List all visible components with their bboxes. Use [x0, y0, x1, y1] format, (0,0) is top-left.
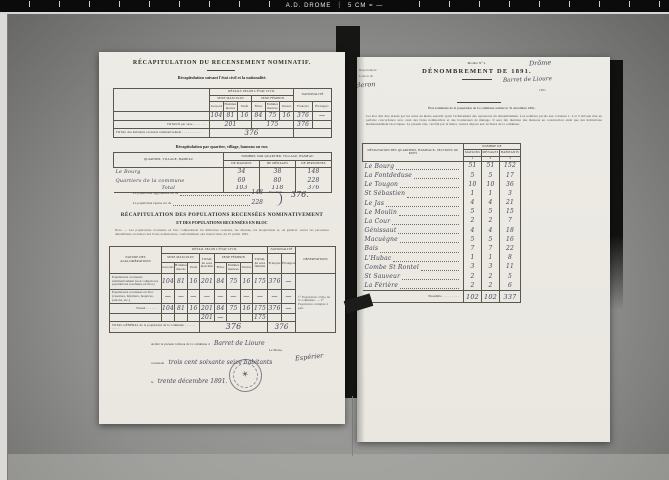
t1-blank-label [114, 89, 210, 112]
dotted-leader [396, 165, 459, 170]
t3-male-header: SEXE MASCULIN [162, 254, 200, 263]
t3-r3-c9: — [282, 304, 296, 314]
t3-male-total-header: TOTAL du sexe masculin [200, 254, 215, 274]
dotted-leader [180, 191, 249, 196]
quartier-row: Macuègne 5 5 16 [363, 235, 521, 244]
dotted-leader [402, 275, 459, 280]
stamp-star-icon: ✶ [229, 366, 262, 383]
ensemble-value: 376. [291, 190, 309, 199]
rt-r3-habitants: 3 [500, 189, 521, 198]
t1-total-french: 376 [294, 121, 313, 129]
t1-val-veufs: 16 [238, 112, 252, 121]
quartier-row: Le Moulin 5 5 15 [363, 208, 521, 217]
closing-commune: Barret de Lioure [214, 340, 265, 347]
t3-row2-label: Populations recensées en bloc (casernes,… [110, 290, 162, 304]
t1-val-femmes-mariees: 75 [266, 112, 280, 121]
rt-r4-menages: 4 [482, 199, 500, 208]
dotted-leader [392, 220, 459, 225]
t1-col-filles: Filles [252, 102, 266, 112]
left-document-page: RÉCAPITULATION DU RECENSEMENT NOMINATIF.… [99, 52, 345, 424]
rt-r13-habitants: 6 [500, 281, 521, 291]
t3-r1-c8: 376 [268, 274, 282, 290]
agglomeree-label: La population agglomérée est de [133, 192, 178, 196]
t1-grand-label: TOTAL des habitants recensés nominativem… [114, 129, 210, 138]
t1-col-garcons: Garçons [210, 102, 224, 112]
rt-r5-menages: 5 [482, 208, 500, 217]
t1-val-hommes-maries: 81 [224, 112, 238, 121]
t3-r1-c6: 16 [241, 274, 253, 290]
t2-group-header: NOMBRE, PAR QUARTIER, VILLAGE, HAMEAU [224, 153, 332, 161]
rt-r7-name: Génissaut [365, 227, 397, 234]
recap-quartier-table: QUARTIER, VILLAGE, HAMEAU NOMBRE, PAR QU… [113, 152, 332, 193]
t3-r4-b6 [282, 314, 296, 322]
rt-r12-habitants: 5 [500, 272, 521, 281]
rt-r5-name: Le Moulin [365, 209, 398, 216]
t1-col-francais: Français [294, 102, 313, 112]
rt-r10-name: L'Hubac [365, 255, 392, 262]
quartier-row: Le Bourg 51 51 152 [363, 161, 521, 171]
t3-r3-c7: 175 [253, 304, 268, 314]
t3-r2-c3: — [200, 290, 215, 304]
t3-r3-c1: 81 [175, 304, 188, 314]
quartier-row: Bais 7 7 22 [363, 244, 521, 253]
dotted-leader [380, 248, 459, 253]
dotted-leader [393, 257, 459, 262]
t2-row1-personnes: 148 [296, 168, 332, 177]
t3-r1-c1: 81 [175, 274, 188, 290]
t3-sub-veuves: Veuves [241, 263, 253, 274]
t1-detail-header: DÉTAILS SELON L'ÉTAT CIVIL [210, 89, 294, 96]
rt-r11-maisons: 3 [464, 263, 482, 272]
rt-total-maisons: 102 [464, 291, 482, 303]
t3-r4-b4 [241, 314, 253, 322]
t3-sub-veufs: Veufs [188, 263, 200, 274]
right-page-title: DÉNOMBREMENT DE 1891. [387, 68, 567, 75]
t3-r4-female-total: 175 [253, 314, 268, 322]
rt-r9-name: Bais [365, 245, 379, 252]
t2-row2-maisons: 69 [224, 177, 260, 186]
scan-bottom-band [0, 454, 669, 480]
t3-foreign-header: Étrangers [282, 254, 296, 274]
margin-departement-label: Département [359, 69, 377, 73]
archive-scan-viewer: A.D. DROME┆5 CM = — RÉCAPITULATION DU RE… [0, 0, 669, 480]
quartier-row: La Cour 2 2 7 [363, 217, 521, 226]
maire-label: Le Maire, [269, 349, 283, 353]
t3-r2-c4: — [215, 290, 227, 304]
t1-total-male: 201 [210, 121, 252, 129]
t3-observations-cell: 1° Population civile de la commune. — 2°… [296, 274, 336, 333]
t3-r3-c8: 376 [268, 304, 282, 314]
t3-r2-c5: — [227, 290, 241, 304]
t3-r4-blank-label [110, 314, 162, 322]
rt-r13-maisons: 2 [464, 281, 482, 291]
rt-name-header: DÉSIGNATION DES QUARTIERS, HAMEAUX, SECT… [363, 144, 464, 162]
left-page-title: RÉCAPITULATION DU RECENSEMENT NOMINATIF. [99, 60, 345, 67]
t2-row1-menages: 38 [260, 168, 296, 177]
rt-r11-name: Combe St Rontel [365, 264, 420, 271]
t3-r2-c9: — [282, 290, 296, 304]
t3-r1-c7: 175 [253, 274, 268, 290]
rt-r9-maisons: 7 [464, 244, 482, 253]
closing-date: trente décembre 1891. [158, 378, 228, 385]
t3-r1-c0: 104 [162, 274, 175, 290]
right-document-page: Modèle N° 2. DÉNOMBREMENT DE 1891. Drôme… [357, 57, 610, 442]
rt-r9-menages: 7 [482, 244, 500, 253]
t3-r1-c4: 84 [215, 274, 227, 290]
t3-r2-c8: — [268, 290, 282, 304]
t1-row-label-blank [114, 112, 210, 121]
t1-col-veuves: Veuves [280, 102, 294, 112]
title-flourish [207, 70, 235, 71]
t3-r3-c2: 16 [188, 304, 200, 314]
t3-sub-femmes-mariees: Femmes mariées [227, 263, 241, 274]
right-subtitle: État sommaire de la population de la com… [367, 106, 597, 111]
hand-commune: Barret de Lioure [503, 76, 552, 84]
t1-val-garcons: 104 [210, 112, 224, 121]
t3-r3-c0: 104 [162, 304, 175, 314]
quartiers-table: DÉSIGNATION DES QUARTIERS, HAMEAUX, SECT… [362, 143, 521, 303]
ruler-bar: A.D. DROME┆5 CM = — [0, 0, 669, 12]
quartier-row: St Sébastien 1 1 3 [363, 189, 521, 198]
rt-r12-menages: 2 [482, 272, 500, 281]
t3-r4-male-total: 201 [200, 314, 215, 322]
t3-row3-label: Totaux . . . . . . [110, 304, 162, 314]
t1-total-female: 175 [252, 121, 294, 129]
rt-r9-habitants: 22 [500, 244, 521, 253]
rt-col-habitants: HABITANTS [500, 150, 521, 157]
instructions-paragraph: Cet état doit être dressé par les soins … [366, 115, 602, 126]
rt-col-maisons: MAISONS [464, 150, 482, 157]
t3-row1-label: Populations recensées nominativement (no… [110, 274, 162, 290]
rt-r10-habitants: 8 [500, 254, 521, 263]
ensemble-brace [275, 192, 283, 206]
t3-female-total-header: TOTAL du sexe féminin [253, 254, 268, 274]
page-right-shadow [610, 60, 623, 310]
rt-r4-name: Le Jas [365, 200, 385, 207]
rt-r2-name: Le Tougon [365, 181, 399, 188]
populations-recensees-table: NATURE DES AGGLOMÉRATIONS DÉTAIL SELON L… [109, 246, 336, 333]
t3-r3-c3: 201 [200, 304, 215, 314]
closing-printed2: contenant [151, 361, 164, 365]
rt-r0-menages: 51 [482, 161, 500, 171]
quartier-row: La Férière 2 2 6 [363, 281, 521, 291]
rt-r3-maisons: 1 [464, 189, 482, 198]
eparse-label: La population éparse est de [133, 202, 171, 206]
t3-r4-dash: — [215, 314, 227, 322]
rt-r10-maisons: 1 [464, 254, 482, 263]
t3-r4-b5 [268, 314, 282, 322]
t3-r4-b1 [175, 314, 188, 322]
t1-col-hommes-maries: Hommes mariés [224, 102, 238, 112]
t3-r1-c3: 201 [200, 274, 215, 290]
t3-nature-header: NATURE DES AGGLOMÉRATIONS [110, 247, 162, 274]
t1-col-veufs: Veufs [238, 102, 252, 112]
ruler-label: A.D. DROME┆5 CM = — [274, 0, 395, 12]
rt-col-menages: MÉNAGES [482, 150, 500, 157]
rt-r8-maisons: 5 [464, 235, 482, 244]
scan-left-edge [0, 14, 8, 480]
t3-r4-b0 [162, 314, 175, 322]
t1-val-francais: 376 [294, 112, 313, 121]
rt-r2-maisons: 10 [464, 180, 482, 189]
section3-heading2: ET DES POPULATIONS RECENSÉES EN BLOC [99, 220, 345, 225]
rt-r13-name: La Férière [365, 282, 399, 289]
dotted-leader [400, 284, 459, 289]
dotted-leader [386, 202, 459, 207]
t3-r4-b2 [188, 314, 200, 322]
t3-r4-b3 [227, 314, 241, 322]
rt-r6-habitants: 7 [500, 217, 521, 226]
t3-r2-c7: — [253, 290, 268, 304]
rt-r8-menages: 5 [482, 235, 500, 244]
rt-r0-maisons: 51 [464, 161, 482, 171]
rt-total-menages: 102 [482, 291, 500, 303]
rt-r3-name: St Sébastien [365, 190, 406, 197]
t3-detail-header: DÉTAIL SELON L'ÉTAT CIVIL [162, 247, 268, 254]
t1-val-filles: 84 [252, 112, 266, 121]
rt-r2-menages: 10 [482, 180, 500, 189]
rt-r12-name: St Sauveur [365, 273, 401, 280]
quartier-row: La Fontdeduse 5 5 17 [363, 171, 521, 180]
rt-r12-maisons: 2 [464, 272, 482, 281]
population-summary: La population agglomérée est de148 La po… [133, 190, 263, 206]
t3-sub-filles: Filles [215, 263, 227, 274]
t2-name-header: QUARTIER, VILLAGE, HAMEAU [114, 153, 224, 168]
dotted-leader [407, 193, 459, 198]
nota-text: Nota. — Les populations recensées en blo… [115, 229, 329, 237]
rt-r7-habitants: 18 [500, 226, 521, 235]
model-label: Modèle N° 2. [417, 62, 537, 66]
rt-r11-menages: 3 [482, 263, 500, 272]
dotted-leader [398, 229, 459, 234]
quartier-row: Combe St Rontel 3 3 11 [363, 263, 521, 272]
rt-r0-habitants: 152 [500, 161, 521, 171]
rt-r7-menages: 4 [482, 226, 500, 235]
t3-female-header: SEXE FÉMININ [215, 254, 253, 263]
t3-r3-c6: 16 [241, 304, 253, 314]
t3-sub-garcons: Garçons [162, 263, 175, 274]
t1-col-femmes-mariees: Femmes mariées [266, 102, 280, 112]
section2-heading: Récapitulation par quartier, village, ha… [99, 144, 345, 149]
t2-row1-maisons: 34 [224, 168, 260, 177]
agglomeree-value: 148 [252, 190, 263, 196]
t3-r1-c9: — [282, 274, 296, 290]
hand-year: 1891. [539, 89, 547, 93]
t3-sub-hommes-maries: Hommes mariés [175, 263, 188, 274]
t3-r2-c0: — [162, 290, 175, 304]
quartier-row: St Sauveur 2 2 5 [363, 272, 521, 281]
rt-r6-menages: 2 [482, 217, 500, 226]
t3-french-header: Français [268, 254, 282, 274]
t3-r3-c4: 84 [215, 304, 227, 314]
dotted-leader [414, 174, 459, 179]
dotted-leader [400, 238, 459, 243]
rt-r5-habitants: 15 [500, 208, 521, 217]
t1-nationality-header: NATIONALITÉ [294, 89, 332, 102]
t3-r2-c1: — [175, 290, 188, 304]
rt-r1-menages: 5 [482, 171, 500, 180]
t1-totals-label: TOTAUX par sexe . . . . . . . [114, 121, 210, 129]
rt-r7-maisons: 4 [464, 226, 482, 235]
hand-department: Drôme [529, 59, 552, 68]
closing-printed1: Arrêté le présent tableau de la commune … [151, 342, 210, 346]
rt-total-label: Ensemble . . . . . . . . . [363, 291, 464, 303]
rt-total-habitants: 337 [500, 291, 521, 303]
rt-r1-habitants: 17 [500, 171, 521, 180]
t3-r1-c5: 75 [227, 274, 241, 290]
dotted-leader [399, 211, 459, 216]
section3-heading1: RÉCAPITULATION DES POPULATIONS RECENSÉES… [99, 212, 345, 218]
ruler-separator: ┆ [337, 3, 342, 9]
t3-r1-c2: 16 [188, 274, 200, 290]
t1-col-etrangers: Étrangers [313, 102, 332, 112]
t3-r2-c2: — [188, 290, 200, 304]
margin-canton-label: Canton de [359, 75, 373, 79]
rt-r10-menages: 1 [482, 254, 500, 263]
t3-r2-c6: — [241, 290, 253, 304]
rt-r0-name: Le Bourg [365, 163, 395, 170]
rt-r3-menages: 1 [482, 189, 500, 198]
dotted-leader [173, 201, 249, 206]
margin-hand-canton: Séderon [357, 81, 376, 91]
rt-r6-maisons: 2 [464, 217, 482, 226]
t1-grand-value: 376 [210, 129, 294, 138]
recap-etat-civil-table: DÉTAILS SELON L'ÉTAT CIVIL NATIONALITÉ S… [113, 88, 332, 138]
rt-r11-habitants: 11 [500, 263, 521, 272]
rt-r13-menages: 2 [482, 281, 500, 291]
section1-heading: Récapitulation suivant l'état civil et l… [99, 75, 345, 80]
archive-name: A.D. DROME [286, 3, 332, 9]
rt-r4-maisons: 4 [464, 199, 482, 208]
rt-r1-maisons: 5 [464, 171, 482, 180]
eparse-value: 228 [252, 200, 263, 206]
t2-row2-personnes: 228 [296, 177, 332, 186]
t2-row1-name: Le Bourg [114, 168, 224, 177]
t2-col-maisons: DE MAISONS [224, 161, 260, 168]
dotted-leader [400, 183, 459, 188]
quartier-row: Le Tougon 10 10 36 [363, 180, 521, 189]
t1-total-foreign-blank [313, 121, 332, 129]
title-flourish [462, 79, 492, 80]
t3-r3-c5: 75 [227, 304, 241, 314]
rt-r8-name: Macuègne [365, 236, 398, 243]
rt-r2-habitants: 36 [500, 180, 521, 189]
scanner-edge [0, 12, 669, 14]
divider-rule [457, 102, 501, 103]
rt-r1-name: La Fontdeduse [365, 172, 413, 179]
t1-val-etrangers: — [313, 112, 332, 121]
closing-printed3: le [151, 380, 154, 384]
dotted-leader [421, 266, 459, 271]
t1-val-veuves: 16 [280, 112, 294, 121]
quartier-row: L'Hubac 1 1 8 [363, 254, 521, 263]
gutter-edge-line [352, 396, 353, 456]
quartier-row: Le Jas 4 4 21 [363, 199, 521, 208]
t1-grand-blank [294, 129, 332, 138]
rt-r4-habitants: 21 [500, 199, 521, 208]
t2-col-menages: DE MÉNAGES [260, 161, 296, 168]
t2-row2-menages: 80 [260, 177, 296, 186]
rt-r6-name: La Cour [365, 218, 391, 225]
t3-observations-header: OBSERVATIONS [296, 247, 336, 274]
t2-row2-name: Quartiers de la commune [114, 177, 224, 186]
scale-label: 5 CM = — [348, 3, 383, 9]
rt-r5-maisons: 5 [464, 208, 482, 217]
quartier-row: Génissaut 4 4 18 [363, 226, 521, 235]
quartier-total-row: Ensemble . . . . . . . . . 102 102 337 [363, 291, 521, 303]
t3-nationality-header: NATIONALITÉ [268, 247, 296, 254]
rt-r8-habitants: 16 [500, 235, 521, 244]
t2-col-personnes: DE PERSONNES [296, 161, 332, 168]
